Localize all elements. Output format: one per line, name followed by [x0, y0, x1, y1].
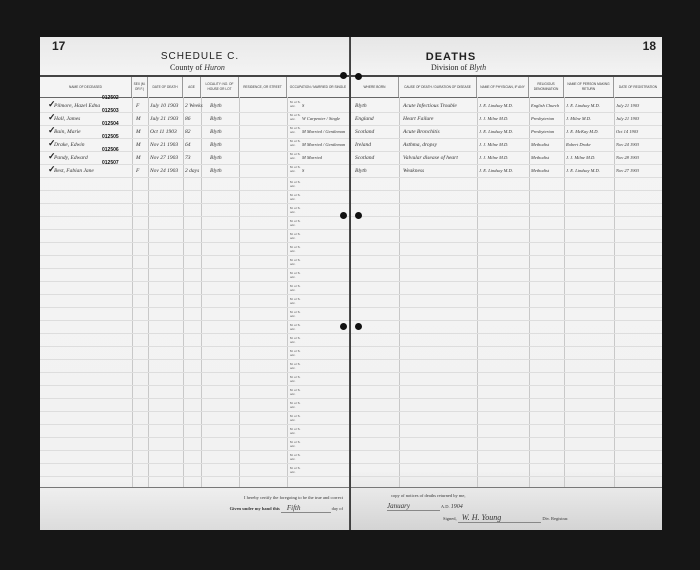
col-occupation: Occupation / Married or Single: [287, 77, 349, 97]
deaths-title: DEATHS: [351, 51, 551, 63]
informant: Robert Drake: [566, 142, 591, 147]
row-rule: [351, 268, 662, 269]
where-born: England: [355, 116, 374, 122]
blank-row: M. or S. occ.: [40, 177, 349, 190]
row-rule: [351, 450, 662, 451]
footer-rule: [40, 487, 349, 488]
year-value: 1904: [451, 504, 463, 510]
row-labels: M. or S. occ.: [290, 323, 302, 331]
row-rule: [351, 385, 662, 386]
informant: J. E. Lindsay M.D.: [566, 168, 600, 173]
certification-line: I hereby certify the foregoing to be the…: [244, 495, 343, 500]
binding-hole: [340, 212, 347, 219]
month-value: January: [387, 502, 440, 511]
informant: J. E. Lindsay M.D.: [566, 103, 600, 108]
informant: J. J. Milne M.D.: [566, 155, 595, 160]
table-row: ✓012503Hall, JamesMJuly 21 190386BlythW …: [40, 112, 349, 125]
registration-date: Nov 28 1903: [616, 155, 639, 160]
blank-row: M. or S. occ.: [40, 411, 349, 424]
copy-of-notices-line: copy of notices of deaths returned by me…: [391, 493, 465, 498]
registrar-label: Div. Registrar.: [542, 516, 568, 521]
row-rule: [351, 190, 662, 191]
date-of-death: Nov 21 1903: [150, 142, 178, 148]
registration-date: Nov 27 1903: [616, 168, 639, 173]
locality-value: Blyth: [210, 155, 222, 161]
religion: English Church: [531, 103, 559, 108]
blank-row: M. or S. occ.: [40, 216, 349, 229]
row-rule: [351, 320, 662, 321]
page-number: 18: [643, 39, 656, 53]
row-labels: M. or S. occ.: [290, 401, 302, 409]
table-row: ✓012507Best, Fabian JaneFNov 24 19032 da…: [40, 164, 349, 177]
row-rule: [351, 411, 662, 412]
date-of-death: July 21 1903: [150, 116, 178, 122]
sex-value: F: [136, 168, 139, 174]
sex-value: M: [136, 142, 141, 148]
row-rule: [351, 177, 662, 178]
row-rule: [351, 437, 662, 438]
row-labels: M. or S. occ.: [290, 139, 302, 147]
footer-rule: [351, 487, 662, 488]
where-born: Scotland: [355, 129, 374, 135]
row-rule: [351, 346, 662, 347]
col-locality: Locality: No. of House or Lot: [201, 77, 239, 97]
deceased-name: Best, Fabian Jane: [54, 168, 94, 174]
row-labels: M. or S. occ.: [290, 284, 302, 292]
physician: J. J. Milne M.D.: [479, 142, 508, 147]
row-labels: M. or S. occ.: [290, 126, 302, 134]
row-labels: M. or S. occ.: [290, 232, 302, 240]
schedule-title: SCHEDULE C.: [90, 51, 310, 62]
blank-row: M. or S. occ.: [40, 242, 349, 255]
occupation-value: W Carpenter / Single: [302, 116, 340, 121]
table-row: IrelandAsthma, dropsyJ. J. Milne M.D.Met…: [351, 138, 662, 151]
signature-line: Signed, W. H. Young Div. Registrar.: [443, 513, 568, 522]
sex-value: M: [136, 116, 141, 122]
blank-row: M. or S. occ.: [40, 268, 349, 281]
row-labels: M. or S. occ.: [290, 152, 302, 160]
sex-value: M: [136, 155, 141, 161]
deceased-name: Hall, James: [54, 116, 80, 122]
religion: Methodist: [531, 168, 549, 173]
row-rule: [351, 242, 662, 243]
informant: J. Milne M.D.: [566, 116, 591, 121]
table-row: EnglandHeart FailureJ. J. Milne M.D.Pres…: [351, 112, 662, 125]
col-born: Where Born: [351, 77, 399, 97]
row-labels: M. or S. occ.: [290, 206, 302, 214]
religion: Methodist: [531, 155, 549, 160]
locality-value: Blyth: [210, 103, 222, 109]
ad-label: A.D.: [441, 504, 450, 509]
binding-hole: [355, 323, 362, 330]
row-rule: [351, 307, 662, 308]
where-born: Blyth: [355, 103, 367, 109]
row-rule: [40, 476, 349, 477]
row-labels: M. or S. occ.: [290, 258, 302, 266]
given-under-hand-line: Given under my hand this Fifth day of: [230, 504, 343, 512]
blank-row: M. or S. occ.: [40, 190, 349, 203]
table-row: ✓012504Bain, MarieMOct 11 190382BlythM M…: [40, 125, 349, 138]
right-page: 18 DEATHS Division of Blyth Where Born C…: [351, 37, 662, 530]
locality-value: Blyth: [210, 116, 222, 122]
deceased-name: Pandy, Edward: [54, 155, 88, 161]
table-row: ✓012502Pilmore, Hazel EdnaFJuly 10 19032…: [40, 99, 349, 112]
locality-value: Blyth: [210, 142, 222, 148]
physician: J. J. Milne M.D.: [479, 155, 508, 160]
signed-label: Signed,: [443, 516, 457, 521]
age-value: 2 days: [185, 168, 199, 174]
cause-of-death: Heart Failure: [403, 116, 434, 122]
age-value: 86: [185, 116, 191, 122]
col-residence: Residence, or Street: [239, 77, 287, 97]
row-labels: M. or S. occ.: [290, 388, 302, 396]
row-labels: M. or S. occ.: [290, 349, 302, 357]
blank-row: M. or S. occ.: [40, 359, 349, 372]
table-row: BlythAcute Infectious TroubleJ. E. Linds…: [351, 99, 662, 112]
table-row: ScotlandValvular disease of heartJ. J. M…: [351, 151, 662, 164]
age-value: 73: [185, 155, 191, 161]
col-physician: Name of Physician, if any: [477, 77, 529, 97]
blank-row: M. or S. occ.: [40, 424, 349, 437]
occupation-value: M Married: [302, 155, 322, 160]
row-labels: M. or S. occ.: [290, 336, 302, 344]
col-informant: Name of Person Making Return: [564, 77, 614, 97]
date-of-death: Nov 27 1903: [150, 155, 178, 161]
table-row: ScotlandAcute BronchitisJ. E. Lindsay M.…: [351, 125, 662, 138]
row-rule: [351, 463, 662, 464]
registration-date: July 21 1903: [616, 116, 639, 121]
division-value: Blyth: [469, 63, 486, 72]
col-cause: Cause of Death / Duration of Disease: [399, 77, 477, 97]
blank-row: M. or S. occ.: [40, 229, 349, 242]
col-reg-date: Date of Registration: [614, 77, 662, 97]
binding-hole: [355, 212, 362, 219]
registration-date: Nov 24 1903: [616, 142, 639, 147]
left-page: 17 SCHEDULE C. County of Huron Name of D…: [40, 37, 349, 530]
row-labels: M. or S. occ.: [290, 219, 302, 227]
registration-date: July 21 1903: [616, 103, 639, 108]
registration-number: 012503: [102, 108, 119, 114]
cause-of-death: Weakness: [403, 168, 424, 174]
row-rule: [351, 229, 662, 230]
registration-number: 012502: [102, 95, 119, 101]
row-labels: M. or S. occ.: [290, 165, 302, 173]
religion: Presbyterian: [531, 116, 554, 121]
cause-of-death: Asthma, dropsy: [403, 142, 437, 148]
registration-number: 012507: [102, 160, 119, 166]
blank-row: M. or S. occ.: [40, 294, 349, 307]
occupation-value: M Married / Gentleman: [302, 142, 345, 147]
column-headers: Where Born Cause of Death / Duration of …: [351, 77, 662, 98]
blank-row: M. or S. occ.: [40, 307, 349, 320]
table-row: BlythWeaknessJ. E. Lindsay M.D.Methodist…: [351, 164, 662, 177]
col-age: Age: [183, 77, 201, 97]
row-labels: M. or S. occ.: [290, 310, 302, 318]
division-line: Division of Blyth: [431, 63, 486, 72]
row-labels: M. or S. occ.: [290, 453, 302, 461]
row-labels: M. or S. occ.: [290, 362, 302, 370]
blank-row: M. or S. occ.: [40, 450, 349, 463]
division-label: Division of: [431, 63, 467, 72]
row-rule: [351, 216, 662, 217]
deceased-name: Pilmore, Hazel Edna: [54, 103, 100, 109]
where-born: Ireland: [355, 142, 371, 148]
blank-row: M. or S. occ.: [40, 463, 349, 476]
row-rule: [351, 424, 662, 425]
table-row: ✓012506Pandy, EdwardMNov 27 190373BlythM…: [40, 151, 349, 164]
row-rule: [351, 476, 662, 477]
where-born: Scotland: [355, 155, 374, 161]
row-labels: M. or S. occ.: [290, 245, 302, 253]
given-label: Given under my hand this: [230, 506, 280, 511]
row-rule: [351, 372, 662, 373]
row-labels: M. or S. occ.: [290, 180, 302, 188]
day-value: Fifth: [281, 504, 331, 513]
blank-row: M. or S. occ.: [40, 372, 349, 385]
col-religion: Religious Denomination: [529, 77, 564, 97]
blank-row: M. or S. occ.: [40, 320, 349, 333]
date-of-death: Nov 24 1903: [150, 168, 178, 174]
physician: J. J. Milne M.D.: [479, 116, 508, 121]
age-value: 64: [185, 142, 191, 148]
blank-row: M. or S. occ.: [40, 281, 349, 294]
physician: J. E. Lindsay M.D.: [479, 129, 513, 134]
blank-row: M. or S. occ.: [40, 385, 349, 398]
occupation-value: M Married / Gentleman: [302, 129, 345, 134]
deceased-name: Bain, Marie: [54, 129, 81, 135]
physician: J. E. Lindsay M.D.: [479, 103, 513, 108]
cause-of-death: Valvular disease of heart: [403, 155, 458, 161]
row-labels: M. or S. occ.: [290, 466, 302, 474]
blank-row: M. or S. occ.: [40, 346, 349, 359]
col-date: Date of Death: [148, 77, 183, 97]
binding-hole: [355, 73, 362, 80]
row-rule: [351, 203, 662, 204]
row-rule: [351, 398, 662, 399]
date-of-death: Oct 11 1903: [150, 129, 177, 135]
physician: J. E. Lindsay M.D.: [479, 168, 513, 173]
informant: J. E. McKay M.D.: [566, 129, 599, 134]
locality-value: Blyth: [210, 129, 222, 135]
column-headers: Name of Deceased Sex (M. or F.) Date of …: [40, 77, 349, 98]
day-of-label: day of: [332, 506, 343, 511]
sex-value: F: [136, 103, 139, 109]
row-rule: [351, 333, 662, 334]
registration-number: 012506: [102, 147, 119, 153]
where-born: Blyth: [355, 168, 367, 174]
page-number: 17: [52, 39, 65, 53]
row-rule: [351, 255, 662, 256]
registration-date: Oct 14 1903: [616, 129, 638, 134]
binding-hole: [340, 72, 347, 79]
occupation-value: S: [302, 103, 304, 108]
religion: Methodist: [531, 142, 549, 147]
age-value: 82: [185, 129, 191, 135]
blank-row: M. or S. occ.: [40, 255, 349, 268]
row-labels: M. or S. occ.: [290, 414, 302, 422]
sex-value: M: [136, 129, 141, 135]
occupation-value: S: [302, 168, 304, 173]
county-label: County of: [170, 63, 202, 72]
row-labels: M. or S. occ.: [290, 440, 302, 448]
blank-row: M. or S. occ.: [40, 437, 349, 450]
date-of-death: July 10 1903: [150, 103, 178, 109]
row-labels: M. or S. occ.: [290, 271, 302, 279]
row-labels: M. or S. occ.: [290, 100, 302, 108]
blank-row: M. or S. occ.: [40, 398, 349, 411]
col-sex: Sex (M. or F.): [132, 77, 148, 97]
age-value: 2 Weeks: [185, 103, 203, 109]
table-row: ✓012505Drake, EdwinMNov 21 190364BlythM …: [40, 138, 349, 151]
row-labels: M. or S. occ.: [290, 193, 302, 201]
col-name: Name of Deceased: [40, 77, 132, 97]
row-rule: [351, 294, 662, 295]
locality-value: Blyth: [210, 168, 222, 174]
county-line: County of Huron: [170, 63, 225, 72]
binding-hole: [340, 323, 347, 330]
row-rule: [351, 281, 662, 282]
row-labels: M. or S. occ.: [290, 375, 302, 383]
row-labels: M. or S. occ.: [290, 113, 302, 121]
blank-row: M. or S. occ.: [40, 333, 349, 346]
county-value: Huron: [204, 63, 225, 72]
blank-row: M. or S. occ.: [40, 203, 349, 216]
signature-value: W. H. Young: [458, 513, 541, 523]
deceased-name: Drake, Edwin: [54, 142, 85, 148]
month-year-line: January A.D. 1904: [387, 502, 463, 510]
religion: Presbyterian: [531, 129, 554, 134]
row-rule: [351, 359, 662, 360]
registration-number: 012504: [102, 121, 119, 127]
row-labels: M. or S. occ.: [290, 297, 302, 305]
row-labels: M. or S. occ.: [290, 427, 302, 435]
registration-number: 012505: [102, 134, 119, 140]
cause-of-death: Acute Infectious Trouble: [403, 103, 457, 109]
cause-of-death: Acute Bronchitis: [403, 129, 440, 135]
